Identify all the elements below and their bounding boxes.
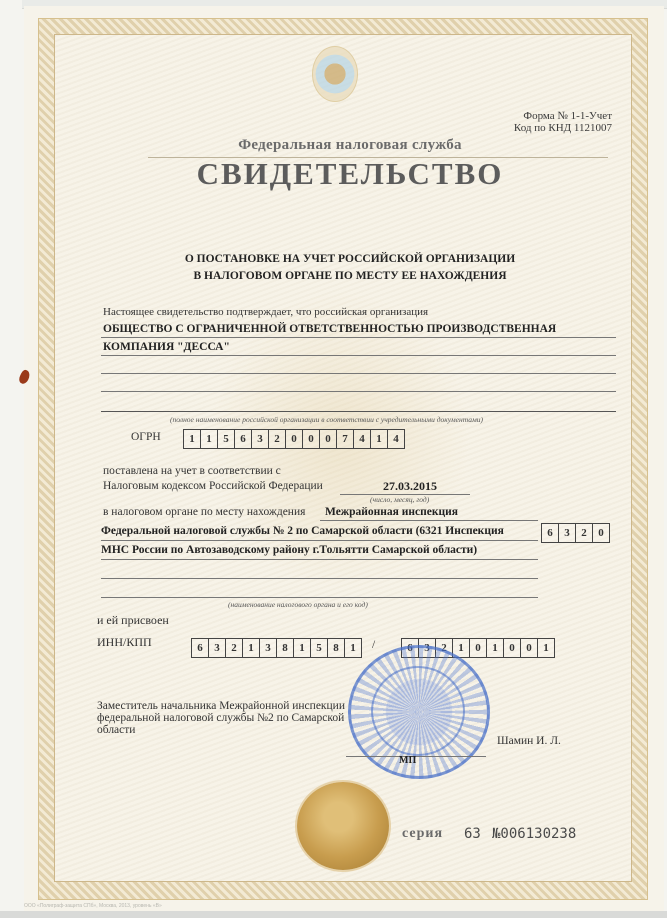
digit-cell: 0 (285, 429, 303, 449)
subtitle-line-1: О ПОСТАНОВКЕ НА УЧЕТ РОССИЙСКОЙ ОРГАНИЗА… (140, 253, 560, 265)
gold-seal-icon (297, 782, 389, 870)
digit-cell: 6 (541, 523, 559, 543)
place-intro: в налоговом органе по месту нахождения (103, 506, 305, 518)
authority-rule-1 (320, 520, 538, 521)
ogrn-label: ОГРН (131, 431, 161, 443)
digit-cell: 8 (276, 638, 294, 658)
organization-name-line-2: КОМПАНИЯ "ДЕССА" (103, 338, 613, 356)
series-value: 63 (464, 826, 481, 842)
form-number: Форма № 1-1-Учет (470, 110, 612, 122)
digit-cell: 4 (387, 429, 405, 449)
date-caption: (число, месяц, год) (370, 495, 429, 504)
digit-cell: 1 (293, 638, 311, 658)
signatory-position: Заместитель начальника Межрайонной инспе… (97, 700, 347, 736)
official-stamp (348, 645, 490, 779)
digit-cell: 3 (251, 429, 269, 449)
digit-cell: 1 (200, 429, 218, 449)
authority-line-1: Межрайонная инспекция (325, 506, 458, 518)
scan-bottom-edge (0, 911, 667, 918)
authority-caption: (наименование налогового органа и его ко… (228, 600, 368, 609)
digit-cell: 2 (575, 523, 593, 543)
org-line-3 (101, 373, 616, 374)
authority-rule-2 (101, 540, 538, 541)
assignment-intro: и ей присвоен (97, 613, 169, 628)
inn-cells: 6321381581 (191, 638, 362, 658)
digit-cell: 1 (486, 638, 504, 658)
digit-cell: 3 (208, 638, 226, 658)
org-line-1 (101, 337, 616, 338)
printer-note: ООО «Полиграф-защита СПб», Москва, 2013,… (24, 903, 162, 909)
registration-date: 27.03.2015 (383, 479, 437, 494)
digit-cell: 7 (336, 429, 354, 449)
authority-line-3: МНС России по Автозаводскому району г.То… (101, 544, 477, 556)
stamp-place-label: МП (399, 755, 416, 766)
authority-code-cells: 6320 (541, 523, 610, 543)
digit-cell: 5 (310, 638, 328, 658)
certificate-title: СВИДЕТЕЛЬСТВО (140, 156, 560, 192)
digit-cell: 0 (319, 429, 337, 449)
authority-line-2: Федеральной налоговой службы № 2 по Сама… (101, 525, 504, 537)
knd-code: Код по КНД 1121007 (470, 122, 612, 134)
org-line-5 (101, 411, 616, 412)
digit-cell: 3 (259, 638, 277, 658)
digit-cell: 0 (469, 638, 487, 658)
inn-kpp-label: ИНН/КПП (97, 635, 152, 650)
digit-cell: 1 (242, 638, 260, 658)
authority-rule-4 (101, 578, 538, 579)
subtitle-line-2: В НАЛОГОВОМ ОРГАНЕ ПО МЕСТУ ЕЕ НАХОЖДЕНИ… (140, 270, 560, 282)
agency-name: Федеральная налоговая служба (160, 137, 540, 154)
organization-name: ОБЩЕСТВО С ОГРАНИЧЕННОЙ ОТВЕТСТВЕННОСТЬЮ… (103, 320, 613, 356)
digit-cell: 1 (344, 638, 362, 658)
digit-cell: 2 (225, 638, 243, 658)
digit-cell: 6 (234, 429, 252, 449)
digit-cell: 5 (217, 429, 235, 449)
inn-kpp-separator: / (372, 639, 375, 651)
authority-rule-3 (101, 559, 538, 560)
digit-cell: 1 (370, 429, 388, 449)
serial-number: №006130238 (492, 826, 576, 842)
registration-line-2: Налоговым кодексом Российской Федерации (103, 480, 323, 492)
digit-cell: 2 (268, 429, 286, 449)
digit-cell: 1 (537, 638, 555, 658)
digit-cell: 3 (558, 523, 576, 543)
organization-intro: Настоящее свидетельство подтверждает, чт… (103, 306, 428, 318)
org-line-2 (101, 355, 616, 356)
authority-rule-5 (101, 597, 538, 598)
digit-cell: 1 (183, 429, 201, 449)
digit-cell: 6 (191, 638, 209, 658)
series-label: серия (402, 826, 443, 842)
digit-cell: 8 (327, 638, 345, 658)
organization-name-line-1: ОБЩЕСТВО С ОГРАНИЧЕННОЙ ОТВЕТСТВЕННОСТЬЮ… (103, 320, 613, 338)
digit-cell: 0 (503, 638, 521, 658)
digit-cell: 0 (302, 429, 320, 449)
digit-cell: 0 (520, 638, 538, 658)
ogrn-cells: 1156320007414 (183, 429, 405, 449)
digit-cell: 4 (353, 429, 371, 449)
signer-name: Шамин И. Л. (497, 735, 561, 747)
digit-cell: 0 (592, 523, 610, 543)
registration-line-1: поставлена на учет в соответствии с (103, 465, 281, 477)
fns-emblem-icon (312, 46, 358, 102)
organization-caption: (полное наименование российской организа… (170, 415, 483, 424)
org-line-4 (101, 391, 616, 392)
